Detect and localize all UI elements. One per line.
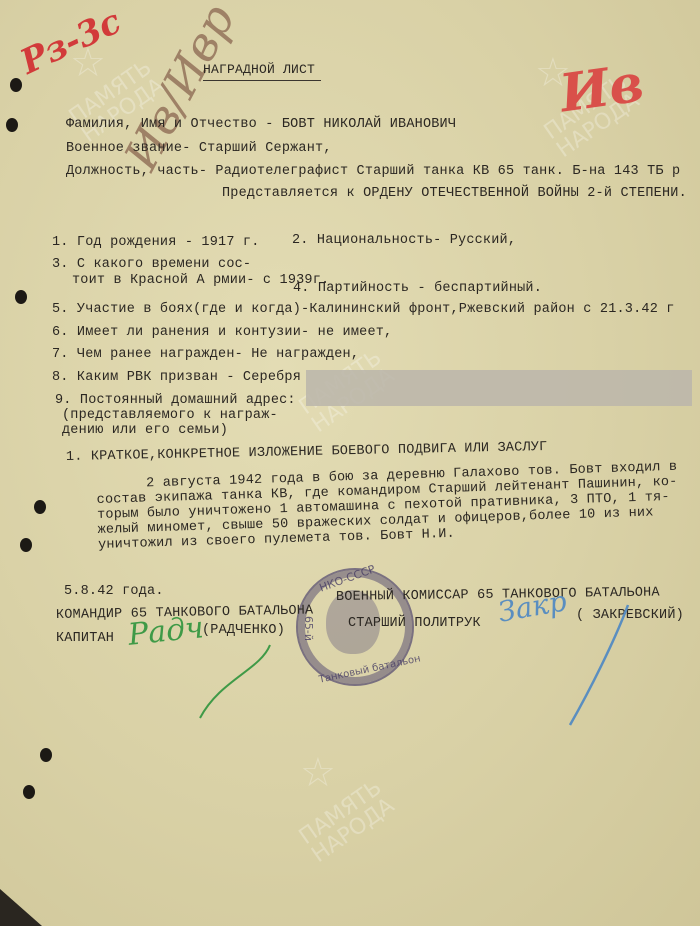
field-service-since: 3. С какого времени сос- bbox=[52, 257, 251, 272]
document-title: НАГРАДНОЙ ЛИСТ bbox=[203, 62, 315, 77]
field-draft-office: 8. Каким РВК призван - Серебря bbox=[52, 370, 301, 385]
nomination-line: Представляется к ОРДЕНУ ОТЕЧЕСТВЕННОЙ ВО… bbox=[222, 186, 687, 201]
handwritten-red-initials: Ив bbox=[556, 53, 647, 125]
seal-side-text: 65-й bbox=[302, 616, 315, 641]
narrative: 2 августа 1942 года в бою за деревню Гал… bbox=[96, 460, 679, 553]
commander-rank: КАПИТАН bbox=[56, 631, 114, 646]
field-nationality: 2. Национальность- Русский, bbox=[292, 233, 516, 248]
field-battles: 5. Участие в боях(где и когда)-Калининск… bbox=[52, 302, 675, 317]
redacted-area bbox=[306, 370, 692, 406]
commander-name: (РАДЧЕНКО) bbox=[202, 623, 285, 638]
full-name-line: Фамилия, Имя и Отчество - БОВТ НИКОЛАЙ И… bbox=[66, 117, 456, 132]
punch-hole bbox=[40, 748, 52, 762]
field-party: 4. Партийность - беспартийный. bbox=[293, 281, 542, 296]
field-home-address-note-cont: дению или его семьи) bbox=[62, 423, 228, 438]
punch-hole bbox=[6, 118, 18, 132]
punch-hole bbox=[23, 785, 35, 799]
punch-hole bbox=[10, 78, 22, 92]
commissar-rank: СТАРШИЙ ПОЛИТРУК bbox=[348, 616, 481, 631]
title-underline bbox=[203, 80, 321, 81]
punch-hole bbox=[34, 500, 46, 514]
field-service-since-cont: тоит в Красной А рмии- с 1939г. bbox=[72, 273, 329, 288]
document-date: 5.8.42 года. bbox=[64, 584, 164, 599]
punch-hole bbox=[20, 538, 32, 552]
field-home-address: 9. Постоянный домашний адрес: bbox=[55, 393, 296, 408]
award-sheet-page: ☆ ПАМЯТЬНАРОДА ☆ ПАМЯТЬНАРОДА ПАМЯТЬНАРО… bbox=[0, 0, 700, 926]
field-previous-awards: 7. Чем ранее награжден- Не награжден, bbox=[52, 347, 359, 362]
position-line: Должность, часть- Радиотелеграфист Старш… bbox=[66, 164, 680, 179]
watermark-star-icon: ☆ bbox=[300, 750, 336, 796]
rank-line: Военное звание- Старший Сержант, bbox=[66, 141, 332, 156]
commissar-signature-stroke bbox=[560, 600, 640, 730]
field-wounds: 6. Имеет ли ранения и контузии- не имеет… bbox=[52, 325, 392, 340]
field-birth-year: 1. Год рождения - 1917 г. bbox=[52, 235, 260, 250]
commander-signature-stroke bbox=[120, 640, 280, 720]
punch-hole bbox=[15, 290, 27, 304]
field-home-address-note: (представляемого к награж- bbox=[62, 408, 278, 423]
section-heading: 1. КРАТКОЕ,КОНКРЕТНОЕ ИЗЛОЖЕНИЕ БОЕВОГО … bbox=[66, 440, 548, 465]
